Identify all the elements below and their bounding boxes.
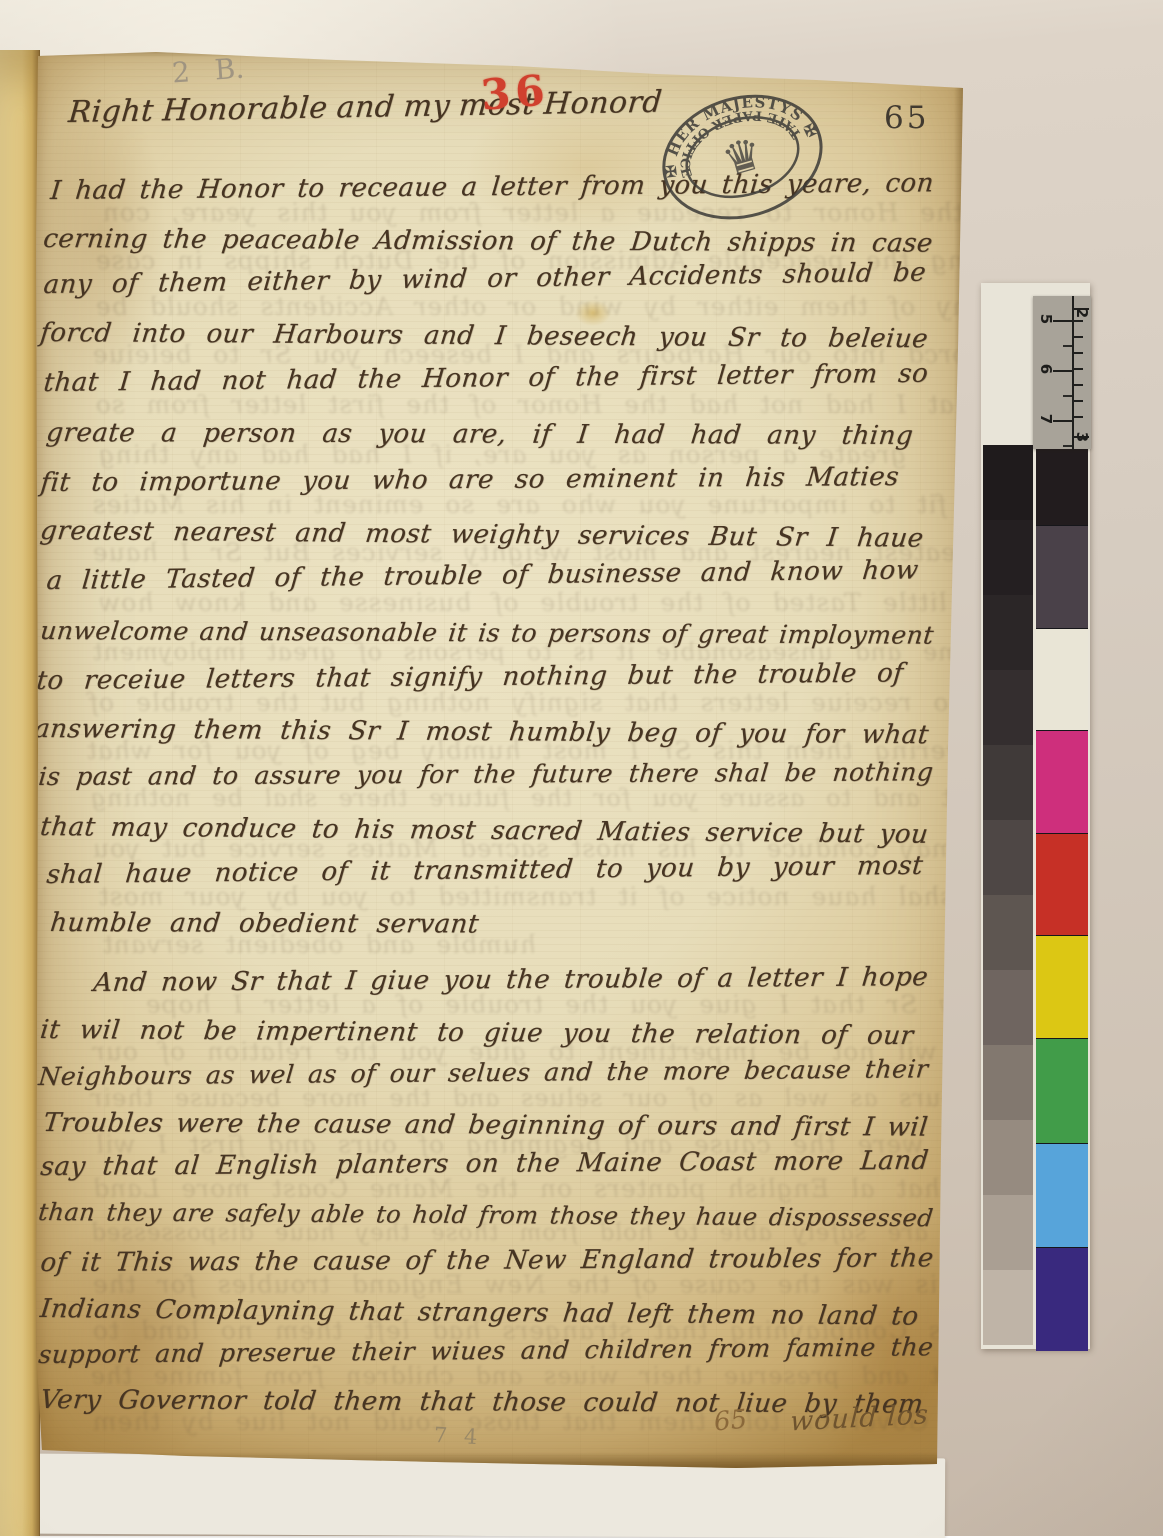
ruler-halfcm-tick — [1063, 345, 1072, 347]
pencil-mark-bottom: 7 4 — [433, 1423, 478, 1449]
ruler-label-inch: 2 — [1073, 308, 1091, 318]
color-patch-indigo — [1036, 1247, 1088, 1351]
grayscale-step — [983, 1045, 1033, 1120]
grayscale-step — [983, 520, 1033, 595]
color-patch-red — [1036, 833, 1088, 935]
grayscale-step — [983, 445, 1033, 520]
manuscript-line: Right Honorable and my most Honord — [67, 85, 664, 130]
grayscale-step — [983, 595, 1033, 670]
ruler-label-cm: 6 — [1037, 364, 1055, 374]
manuscript-line: cerning the peaceable Admission of the D… — [42, 224, 935, 259]
red-folio-number: 36 — [479, 65, 551, 120]
ruler-label-inch: 3 — [1073, 432, 1091, 442]
grayscale-step — [983, 1270, 1033, 1345]
color-patch-black — [1036, 448, 1088, 525]
grayscale-strip — [983, 445, 1033, 1345]
color-patch-sky-blue — [1036, 1143, 1088, 1247]
grayscale-step — [983, 895, 1033, 970]
color-patch-white — [1036, 628, 1088, 730]
ruler-cm-tick — [1053, 320, 1072, 322]
grayscale-step — [983, 970, 1033, 1045]
manuscript-line: it wil not be impertinent to giue you th… — [39, 1015, 916, 1051]
color-patch-strip — [1036, 448, 1088, 1351]
ruler-cm-tick — [1053, 420, 1072, 422]
color-patch-magenta — [1036, 730, 1088, 833]
manuscript-line: humble and obedient servant — [49, 908, 481, 939]
ruler-halfcm-tick — [1063, 445, 1072, 447]
manuscript-line: unwelcome and unseasonable it is to pers… — [39, 616, 936, 650]
manuscript-line: And now Sr that I giue you the trouble o… — [92, 962, 930, 998]
crown-icon: ♛ — [717, 128, 769, 188]
folio-number: 65 — [884, 100, 929, 136]
pencil-foliation-mark: 2 B. — [171, 52, 245, 90]
manuscript-line: greate a person as you are, if I had had… — [45, 418, 915, 451]
ruler-label-cm: 5 — [1037, 314, 1055, 324]
manuscript-line: fit to importune you who are so eminent … — [39, 462, 900, 498]
manuscript-line: forcd into our Harbours and I beseech yo… — [39, 318, 930, 354]
grayscale-step — [983, 1195, 1033, 1270]
grayscale-step — [983, 670, 1033, 745]
grayscale-step — [983, 1120, 1033, 1195]
manuscript-line: of it This was the cause of the New Engl… — [39, 1243, 935, 1278]
footer-folio-ink: 65 — [713, 1404, 749, 1437]
binding-guard-strip — [0, 50, 40, 1536]
ruler-label-cm: 7 — [1037, 414, 1055, 424]
manuscript-line: answering them this Sr I most humbly beg… — [33, 714, 931, 750]
grayscale-step — [983, 745, 1033, 820]
manuscript-text: Right Honorable and my most HonordI had … — [36, 48, 966, 1468]
color-patch-green — [1036, 1038, 1088, 1143]
ruler-cm-tick — [1053, 370, 1072, 372]
manuscript-page: 2 B. 36 65 ✠ HER MAJESTYS ✠ STATE PAPER … — [36, 48, 966, 1468]
ruler-inch-ticks — [1074, 320, 1083, 432]
calibration-card: 5 6 7 2 3 — [981, 283, 1090, 1349]
manuscript-line: say that al English planters on the Main… — [39, 1146, 930, 1182]
grayscale-step — [983, 820, 1033, 895]
color-patch-yellow — [1036, 935, 1088, 1038]
ruler: 5 6 7 2 3 — [1033, 296, 1091, 449]
manuscript-line: is past and to assure you for the future… — [37, 757, 935, 791]
manuscript-line: Troubles were the cause and beginning of… — [42, 1108, 930, 1143]
color-patch-dark-gray — [1036, 525, 1088, 628]
ruler-halfcm-tick — [1063, 395, 1072, 397]
